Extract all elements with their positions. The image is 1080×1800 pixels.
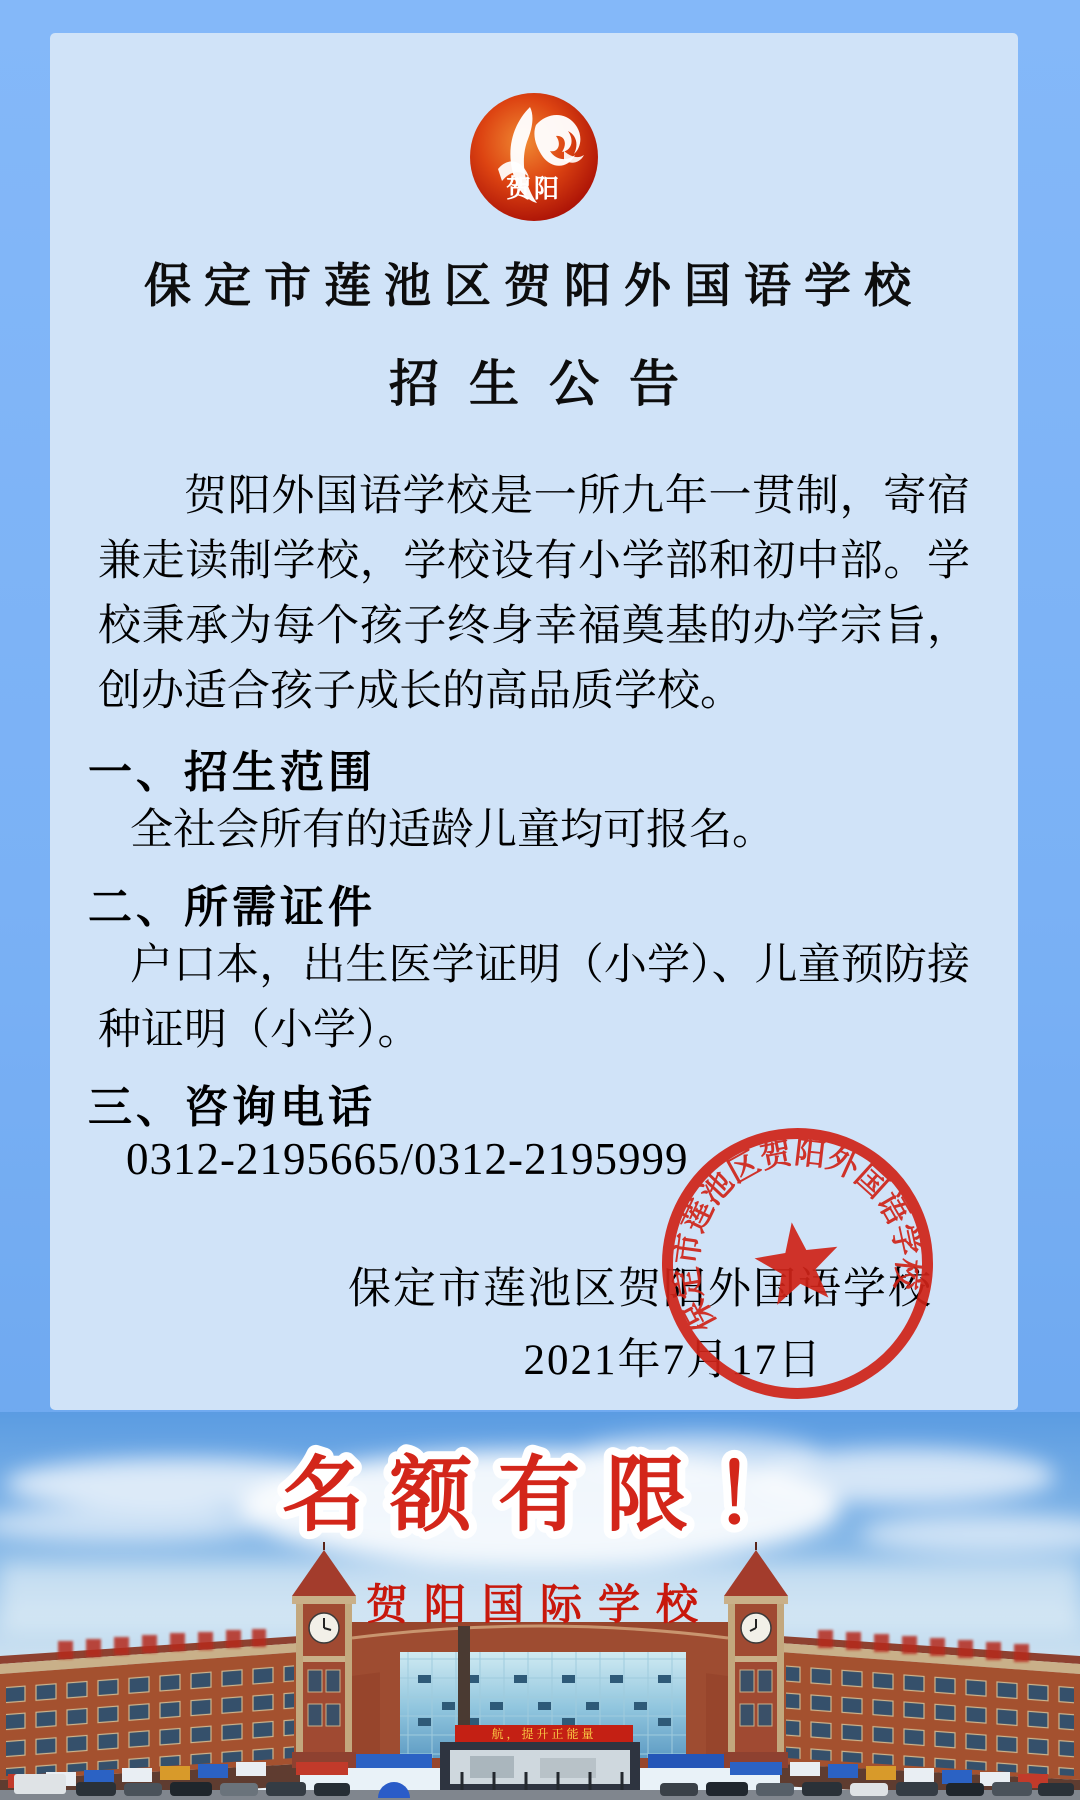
- building-sign-text: 贺阳国际学校: [366, 1581, 714, 1628]
- crane-logo-icon: 贺阳: [468, 91, 600, 223]
- school-title: 保定市莲池区贺阳外国语学校: [50, 249, 1018, 316]
- gateway: [440, 1742, 640, 1792]
- limited-spots-slogan: 名额有限！: [0, 1412, 1080, 1582]
- poster-page: 贺阳 保定市莲池区贺阳外国语学校 招生公告 贺阳外国语学校是一所九年一贯制，寄宿…: [0, 0, 1080, 1800]
- announcement-card: 贺阳 保定市莲池区贺阳外国语学校 招生公告 贺阳外国语学校是一所九年一贯制，寄宿…: [50, 33, 1018, 1410]
- logo-seal-text: 贺阳: [506, 174, 562, 203]
- announcement-subtitle: 招生公告: [50, 344, 1018, 416]
- school-logo: 贺阳: [468, 91, 600, 223]
- section-heading-phone: 三、咨询电话: [88, 1071, 376, 1135]
- intro-paragraph: 贺阳外国语学校是一所九年一贯制，寄宿兼走读制学校，学校设有小学部和初中部。学校秉…: [98, 464, 970, 724]
- official-seal-stamp: 保定市莲池区贺阳外国语学校: [650, 1116, 945, 1411]
- section-heading-scope: 一、招生范围: [88, 736, 376, 800]
- seal-icon: 保定市莲池区贺阳外国语学校: [650, 1116, 945, 1411]
- section-body-scope: 全社会所有的适龄儿童均可报名。: [98, 798, 970, 863]
- slogan-svg: 名额有限！: [0, 1412, 1080, 1582]
- section-heading-documents: 二、所需证件: [88, 871, 376, 935]
- led-banner-text: 航，提升正能量: [491, 1726, 596, 1741]
- section-body-documents: 户口本，出生医学证明（小学）、儿童预防接种证明（小学）。: [98, 933, 970, 1063]
- seal-star-icon: [750, 1217, 844, 1307]
- slogan-text: 名额有限！: [282, 1450, 822, 1541]
